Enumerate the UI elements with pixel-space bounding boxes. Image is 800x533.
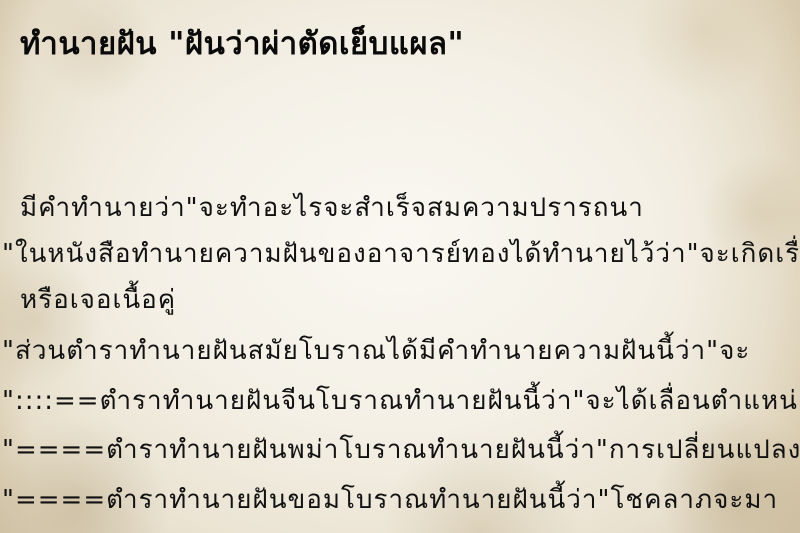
prediction-line: "ในหนังสือทำนายความฝันของอาจารย์ทองได้ทำ… — [2, 236, 800, 272]
prediction-text-block: มีคำทำนายว่า"จะทำอะไรจะสำเร็จสมความปรารถ… — [0, 0, 800, 533]
prediction-line: หรือเจอเนื้อคู่ — [20, 282, 176, 318]
aged-paper-background: ทำนายฝัน "ฝันว่าผ่าตัดเย็บแผล" มีคำทำนาย… — [0, 0, 800, 533]
prediction-line: มีคำทำนายว่า"จะทำอะไรจะสำเร็จสมความปรารถ… — [20, 190, 644, 226]
prediction-line: "::::==ตำราทำนายฝันจีนโบราณทำนายฝันนี้ว่… — [2, 383, 800, 419]
prediction-line: "ส่วนตำราทำนายฝันสมัยโบราณได้มีคำทำนายคว… — [2, 333, 750, 369]
prediction-line: "====ตำราทำนายฝันขอมโบราณทำนายฝันนี้ว่า"… — [2, 482, 778, 518]
prediction-line: "====ตำราทำนายฝันพม่าโบราณทำนายฝันนี้ว่า… — [2, 432, 800, 468]
